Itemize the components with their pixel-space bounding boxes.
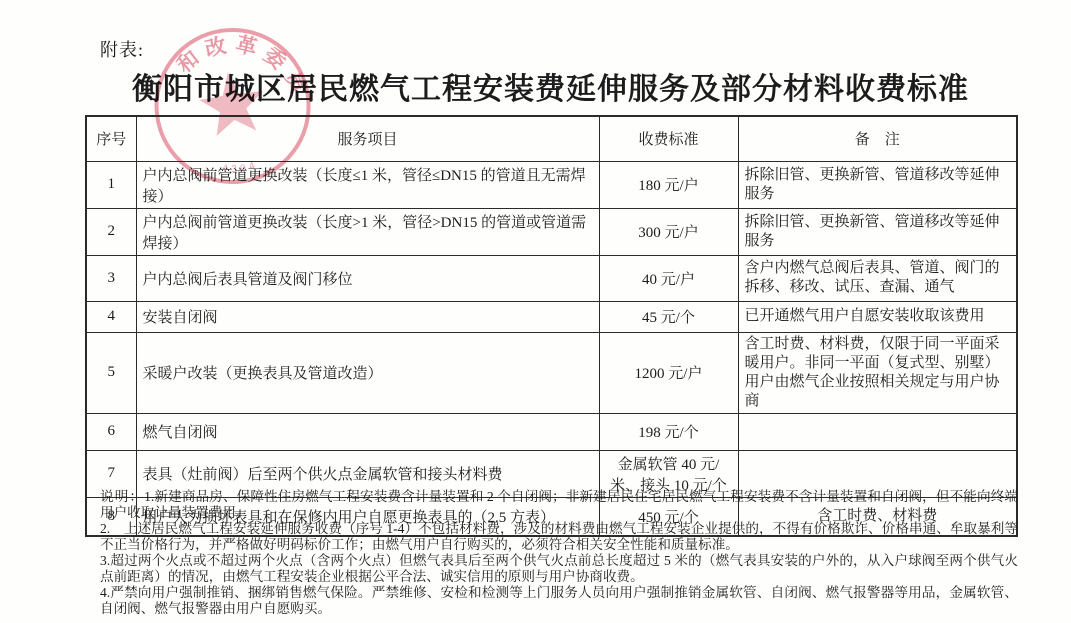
cell-fee: 45 元/个 [599,301,738,332]
table-row: 5 采暖户改装（更换表具及管道改造） 1200 元/户 含工时费、材料费，仅限于… [86,332,1017,413]
cell-fee: 300 元/户 [599,208,738,255]
note-text-1: 1.新建商品房、保障性住房燃气工程安装费含计量装置和 2 个自闭阀；非新建居民住… [100,489,1018,520]
cell-seq: 1 [86,161,136,208]
fee-standard-table: 序号 服务项目 收费标准 备 注 1 户内总阀前管道更换改装（长度≤1 米，管径… [85,115,1018,537]
notes-section: 说明：1.新建商品房、保障性住房燃气工程安装费含计量装置和 2 个自闭阀；非新建… [100,489,1018,617]
cell-fee: 180 元/户 [599,161,738,208]
header-remark: 备 注 [738,116,1017,161]
cell-service-item: 户内总阀后表具管道及阀门移位 [136,255,599,301]
cell-seq: 4 [86,301,136,332]
cell-seq: 3 [86,255,136,301]
attachment-label: 附表: [100,36,144,62]
cell-fee: 1200 元/户 [599,332,738,413]
cell-fee: 40 元/户 [599,255,738,301]
notes-label: 说明： [100,489,144,504]
cell-service-item: 安装自闭阀 [136,301,599,332]
table-row: 1 户内总阀前管道更换改装（长度≤1 米，管径≤DN15 的管道且无需焊接） 1… [86,161,1017,208]
note-text-4: 4.严禁向用户强制推销、捆绑销售燃气保险。严禁维修、安检和检测等上门服务人员向用… [100,585,1018,616]
cell-remark [738,413,1017,450]
cell-service-item: 采暖户改装（更换表具及管道改造） [136,332,599,413]
note-text-2: 2. 上述居民燃气工程安装延伸服务收费（序号 1-4）不包括材料费，涉及的材料费… [100,521,1018,552]
page-title: 衡阳市城区居民燃气工程安装费延伸服务及部分材料收费标准 [85,64,1016,108]
table-header-row: 序号 服务项目 收费标准 备 注 [86,116,1017,161]
cell-remark: 拆除旧管、更换新管、管道移改等延伸服务 [738,161,1017,208]
cell-service-item: 户内总阀前管道更换改装（长度>1 米，管径>DN15 的管道或管道需焊接） [136,208,599,255]
cell-remark: 含工时费、材料费，仅限于同一平面采暖用户。非同一平面（复式型、别墅）用户由燃气企… [738,332,1017,413]
cell-seq: 2 [86,208,136,255]
table-row: 4 安装自闭阀 45 元/个 已开通燃气用户自愿安装收取该费用 [86,301,1017,332]
cell-remark: 已开通燃气用户自愿安装收取该费用 [738,301,1017,332]
table-row: 6 燃气自闭阀 198 元/个 [86,413,1017,450]
note-paragraph: 3.超过两个火点或不超过两个火点（含两个火点）但燃气表具后至两个供气火点前总长度… [100,553,1018,585]
cell-seq: 5 [86,332,136,413]
note-paragraph: 2. 上述居民燃气工程安装延伸服务收费（序号 1-4）不包括材料费，涉及的材料费… [100,521,1018,553]
header-service-item: 服务项目 [136,116,599,161]
cell-seq: 6 [86,413,136,450]
document-page: 附表: 衡阳市城区居民燃气工程安装费延伸服务及部分材料收费标准 和改革委员 43… [0,0,1071,623]
note-paragraph: 4.严禁向用户强制推销、捆绑销售燃气保险。严禁维修、安检和检测等上门服务人员向用… [100,585,1018,617]
header-seq: 序号 [86,116,136,161]
table-row: 3 户内总阀后表具管道及阀门移位 40 元/户 含户内燃气总阀后表具、管道、阀门… [86,255,1017,301]
cell-fee: 198 元/个 [599,413,738,450]
cell-remark: 含户内燃气总阀后表具、管道、阀门的拆移、移改、试压、查漏、通气 [738,255,1017,301]
cell-remark: 拆除旧管、更换新管、管道移改等延伸服务 [738,208,1017,255]
cell-service-item: 燃气自闭阀 [136,413,599,450]
note-paragraph: 说明：1.新建商品房、保障性住房燃气工程安装费含计量装置和 2 个自闭阀；非新建… [100,489,1018,521]
note-text-3: 3.超过两个火点或不超过两个火点（含两个火点）但燃气表具后至两个供气火点前总长度… [100,553,1018,584]
header-fee-standard: 收费标准 [599,116,738,161]
cell-service-item: 户内总阀前管道更换改装（长度≤1 米，管径≤DN15 的管道且无需焊接） [136,161,599,208]
table-row: 2 户内总阀前管道更换改装（长度>1 米，管径>DN15 的管道或管道需焊接） … [86,208,1017,255]
